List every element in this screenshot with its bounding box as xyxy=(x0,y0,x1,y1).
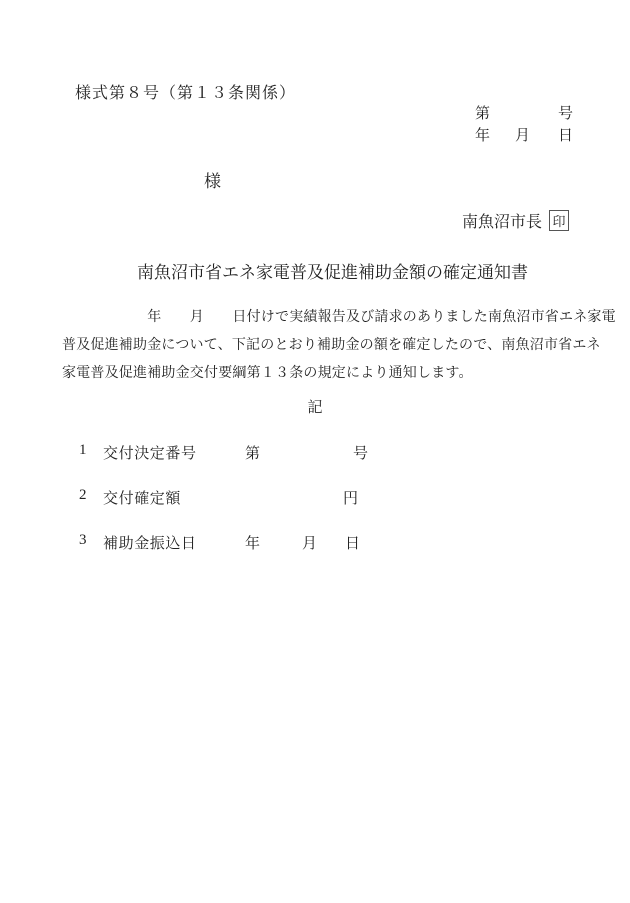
item-number: 2 xyxy=(79,487,87,504)
body-paragraph: 年 月 日付けで実績報告及び請求のありました南魚沼市省エネ家電 普及促進補助金に… xyxy=(62,304,607,388)
doc-number-suffix: 号 xyxy=(558,105,573,124)
field-day-label: 日 xyxy=(345,532,360,553)
body-line-3: 家電普及促進補助金交付要綱第１３条の規定により通知します。 xyxy=(62,360,607,388)
list-item-confirmed-amount: 2 交付確定額 円 xyxy=(0,487,630,509)
field-year-label: 年 xyxy=(245,532,260,553)
list-item-transfer-date: 3 補助金振込日 年 月 日 xyxy=(0,532,630,554)
item-label: 交付決定番号 xyxy=(103,442,197,463)
ki-section-marker: 記 xyxy=(0,396,630,417)
item-label: 補助金振込日 xyxy=(103,532,197,553)
field-suffix-go: 号 xyxy=(353,442,368,463)
document-page: 様式第８号（第１３条関係） 第 号 年 月 日 様 南魚沼市長 印 南魚沼市省エ… xyxy=(0,0,630,903)
doc-number-prefix: 第 xyxy=(475,105,490,124)
recipient-honorific: 様 xyxy=(204,171,221,192)
issuer-name: 南魚沼市長 xyxy=(462,213,542,233)
item-label: 交付確定額 xyxy=(103,487,181,508)
date-day-label: 日 xyxy=(558,127,573,146)
field-suffix-yen: 円 xyxy=(343,487,358,508)
date-year-label: 年 xyxy=(475,127,490,146)
body-line-2: 普及促進補助金について、下記のとおり補助金の額を確定したので、南魚沼市省エネ xyxy=(62,332,607,360)
document-title: 南魚沼市省エネ家電普及促進補助金額の確定通知書 xyxy=(137,262,528,283)
form-number-line: 様式第８号（第１３条関係） xyxy=(75,84,296,104)
date-month-label: 月 xyxy=(515,127,530,146)
list-item-grant-decision-number: 1 交付決定番号 第 号 xyxy=(0,442,630,464)
item-number: 1 xyxy=(79,442,87,459)
stamp-seal-box: 印 xyxy=(549,210,569,231)
item-number: 3 xyxy=(79,532,87,549)
field-prefix-dai: 第 xyxy=(245,442,260,463)
body-line-1: 年 月 日付けで実績報告及び請求のありました南魚沼市省エネ家電 xyxy=(62,304,607,332)
stamp-seal-label: 印 xyxy=(552,211,565,230)
field-month-label: 月 xyxy=(302,532,317,553)
